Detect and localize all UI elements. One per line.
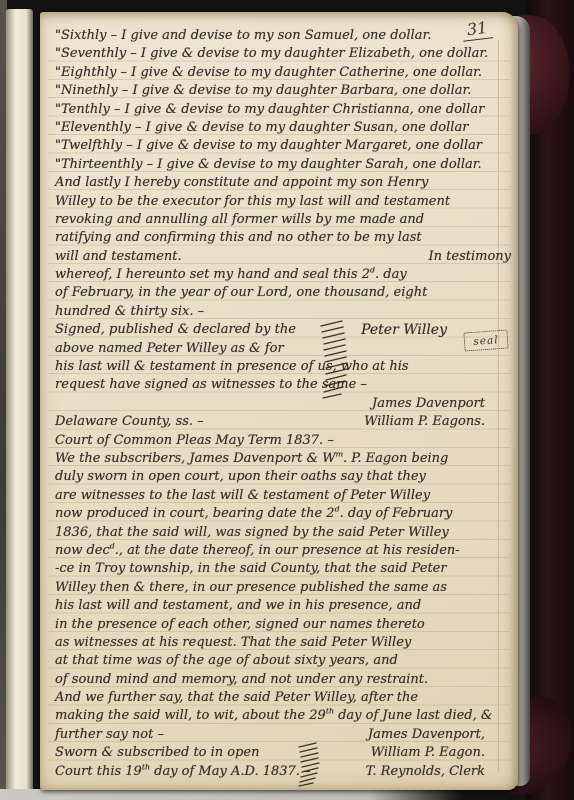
scan-bed-strip: [0, 789, 462, 800]
manuscript-line: are witnesses to the last will & testame…: [55, 487, 511, 505]
manuscript-line: above named Peter Willey as & for: [55, 340, 511, 358]
witness-flourish-mark: [318, 318, 348, 402]
manuscript-line: Signed, published & declared by thePeter…: [55, 321, 511, 339]
line-text-left: Court of Common Pleas May Term 1837. –: [55, 432, 334, 450]
manuscript-line: request have signed as witnesses to the …: [55, 376, 511, 394]
manuscript-line: Willey to be the executor for this my la…: [55, 193, 511, 211]
line-text-left: Delaware County, ss. –: [55, 413, 204, 431]
line-text-left: revoking and annulling all former wills …: [55, 211, 424, 229]
line-text-left: further say not –: [55, 726, 164, 744]
line-text-left: And we further say, that the said Peter …: [55, 689, 418, 707]
manuscript-line: at that time was of the age of about six…: [55, 652, 511, 670]
line-text-left: -ce in Troy township, in the said County…: [55, 560, 447, 578]
manuscript-line: of February, in the year of our Lord, on…: [55, 284, 511, 302]
manuscript-line: "Ninethly – I give & devise to my daught…: [55, 82, 511, 100]
line-text-left: now decd., at the date thereof, in our p…: [55, 542, 460, 560]
manuscript-line: "Eleventhly – I give & devise to my daug…: [55, 119, 511, 137]
manuscript-line: "Tenthly – I give & devise to my daughte…: [55, 101, 511, 119]
manuscript-line: making the said will, to wit, about the …: [55, 707, 511, 725]
manuscript-line: as witnesses at his request. That the sa…: [55, 634, 511, 652]
manuscript-line: now decd., at the date thereof, in our p…: [55, 542, 511, 560]
manuscript-line: ratifying and confirming this and no oth…: [55, 229, 511, 247]
manuscript-line: And lastly I hereby constitute and appoi…: [55, 174, 511, 192]
manuscript-line: Delaware County, ss. –William P. Eagons.: [55, 413, 511, 431]
line-text-left: We the subscribers, James Davenport & Wm…: [55, 450, 448, 468]
line-text-left: And lastly I hereby constitute and appoi…: [55, 174, 428, 192]
line-text-left: hundred & thirty six. –: [55, 303, 204, 321]
line-text-right: William P. Eagon.: [371, 744, 485, 762]
manuscript-line: We the subscribers, James Davenport & Wm…: [55, 450, 511, 468]
line-text-left: "Eleventhly – I give & devise to my daug…: [55, 119, 468, 137]
line-text-left: Willey then & there, in our presence pub…: [55, 579, 447, 597]
line-text-left: his last will and testament, and we in h…: [55, 597, 421, 615]
manuscript-line: hundred & thirty six. –: [55, 303, 511, 321]
manuscript-line: of sound mind and memory, and not under …: [55, 671, 511, 689]
manuscript-line: Court of Common Pleas May Term 1837. –: [55, 432, 511, 450]
line-text-left: now produced in court, bearing date the …: [55, 505, 452, 523]
line-text-left: of sound mind and memory, and not under …: [55, 671, 428, 689]
line-text-left: of February, in the year of our Lord, on…: [55, 284, 427, 302]
line-text-left: in the presence of each other, signed ou…: [55, 616, 425, 634]
line-text-left: making the said will, to wit, about the …: [55, 707, 492, 725]
manuscript-line: "Eighthly – I give & devise to my daught…: [55, 64, 511, 82]
line-text-right: James Davenport,: [368, 726, 485, 744]
line-text-right: In testimony: [429, 248, 511, 266]
line-text-right: Peter Willey: [361, 321, 447, 339]
line-text-left: ratifying and confirming this and no oth…: [55, 229, 422, 247]
manuscript-line: revoking and annulling all former wills …: [55, 211, 511, 229]
manuscript-line: Court this 19th day of May A.D. 1837. –T…: [55, 763, 511, 781]
seal-stamp: seal: [463, 329, 508, 351]
manuscript-line: further say not –James Davenport,: [55, 726, 511, 744]
line-text-left: "Twelfthly – I give & devise to my daugh…: [55, 137, 482, 155]
line-text-right: James Davenport: [372, 395, 485, 413]
line-text-left: "Sixthly – I give and devise to my son S…: [55, 27, 431, 45]
seal-label: seal: [473, 334, 499, 348]
manuscript-line: in the presence of each other, signed ou…: [55, 616, 511, 634]
manuscript-line: -ce in Troy township, in the said County…: [55, 560, 511, 578]
manuscript-line: whereof, I hereunto set my hand and seal…: [55, 266, 511, 284]
manuscript-line: his last will and testament, and we in h…: [55, 597, 511, 615]
manuscript-line: his last will & testament in presence of…: [55, 358, 511, 376]
facing-page-edge: [6, 9, 33, 792]
line-text-right: T. Reynolds, Clerk: [366, 763, 485, 781]
line-text-left: Court this 19th day of May A.D. 1837. –: [55, 763, 311, 781]
manuscript-line: Sworn & subscribed to in openWilliam P. …: [55, 744, 511, 762]
manuscript-line: "Thirteenthly – I give & devise to my da…: [55, 156, 511, 174]
line-text-left: Sworn & subscribed to in open: [55, 744, 260, 762]
line-text-left: will and testament.: [55, 248, 182, 266]
line-text-left: are witnesses to the last will & testame…: [55, 487, 430, 505]
manuscript-line: And we further say, that the said Peter …: [55, 689, 511, 707]
manuscript-line: will and testament.In testimony: [55, 248, 511, 266]
line-text-left: above named Peter Willey as & for: [55, 340, 284, 358]
manuscript-line: now produced in court, bearing date the …: [55, 505, 511, 523]
manuscript-line: duly sworn in open court, upon their oat…: [55, 468, 511, 486]
line-text-left: "Eighthly – I give & devise to my daught…: [55, 64, 482, 82]
line-text-left: Willey to be the executor for this my la…: [55, 193, 450, 211]
line-text-left: his last will & testament in presence of…: [55, 358, 409, 376]
scanned-manuscript-photo: 31 "Sixthly – I give and devise to my so…: [0, 0, 574, 800]
manuscript-line: James Davenport: [55, 395, 511, 413]
manuscript-page: 31 "Sixthly – I give and devise to my so…: [40, 12, 518, 790]
manuscript-line: Willey then & there, in our presence pub…: [55, 579, 511, 597]
manuscript-line: "Twelfthly – I give & devise to my daugh…: [55, 137, 511, 155]
line-text-left: "Tenthly – I give & devise to my daughte…: [55, 101, 484, 119]
line-text-left: "Seventhly – I give & devise to my daugh…: [55, 45, 488, 63]
manuscript-line: "Seventhly – I give & devise to my daugh…: [55, 45, 511, 63]
line-text-left: 1836, that the said will, was signed by …: [55, 524, 449, 542]
line-text-left: "Ninethly – I give & devise to my daught…: [55, 82, 471, 100]
line-text-left: at that time was of the age of about six…: [55, 652, 398, 670]
line-text-left: as witnesses at his request. That the sa…: [55, 634, 411, 652]
line-text-left: whereof, I hereunto set my hand and seal…: [55, 266, 407, 284]
manuscript-text: "Sixthly – I give and devise to my son S…: [55, 27, 511, 781]
manuscript-line: 1836, that the said will, was signed by …: [55, 524, 511, 542]
line-text-left: Signed, published & declared by the: [55, 321, 296, 339]
line-text-right: William P. Eagons.: [364, 413, 485, 431]
line-text-left: "Thirteenthly – I give & devise to my da…: [55, 156, 482, 174]
clerk-flourish-mark: [296, 741, 320, 787]
line-text-left: duly sworn in open court, upon their oat…: [55, 468, 426, 486]
manuscript-line: "Sixthly – I give and devise to my son S…: [55, 27, 511, 45]
